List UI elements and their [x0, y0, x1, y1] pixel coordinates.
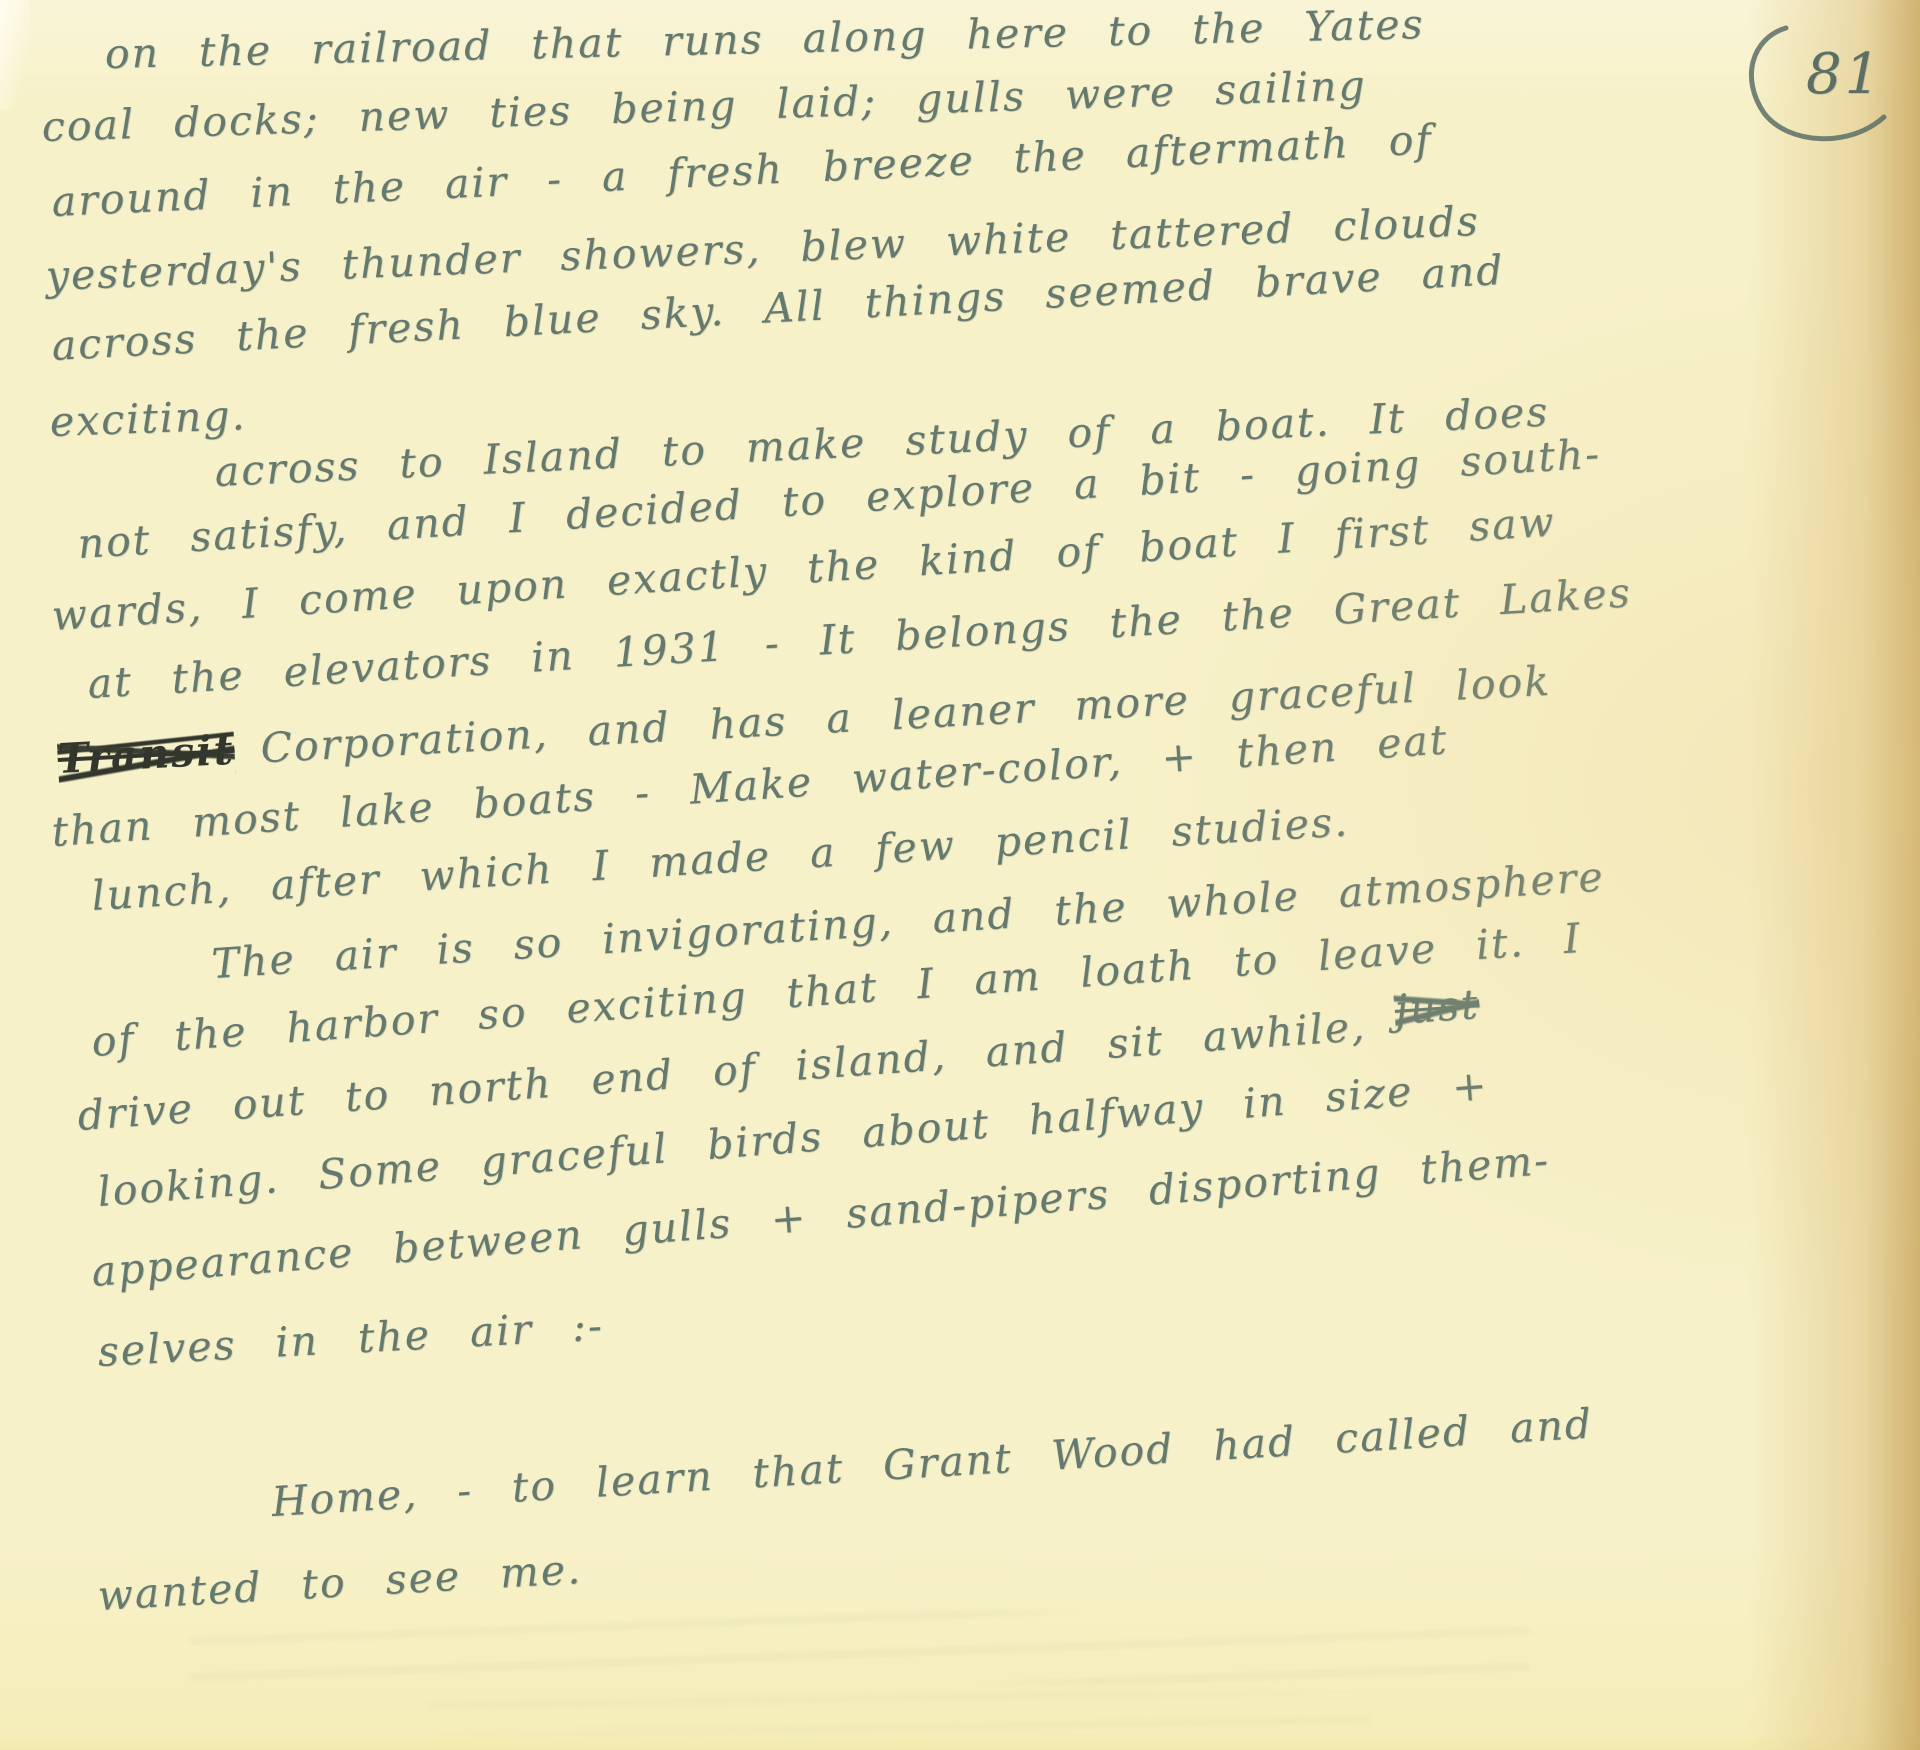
crossed-out-word: Transit: [56, 726, 235, 783]
page-number-text: 81: [1806, 42, 1883, 107]
crossed-out-word: just: [1393, 980, 1481, 1034]
line-text: wanted to see me.: [96, 1545, 583, 1620]
journal-line-19: selves in the air :-: [96, 1302, 604, 1376]
line-text: selves in the air :-: [96, 1302, 604, 1376]
line-text: exciting.: [49, 391, 247, 446]
journal-line-6: exciting.: [49, 391, 247, 446]
show-through-smudge: [190, 1612, 1530, 1684]
show-through-smudge: [430, 1692, 1370, 1734]
line-text: Home, - to learn that Grant Wood had cal…: [270, 1400, 1594, 1526]
journal-line-20: Home, - to learn that Grant Wood had cal…: [270, 1400, 1594, 1526]
journal-line-21: wanted to see me.: [96, 1545, 583, 1620]
scan-edge-highlight: [0, 0, 30, 110]
page-number: 81: [1732, 18, 1914, 154]
journal-page: on the railroad that runs along here to …: [0, 0, 1920, 1750]
